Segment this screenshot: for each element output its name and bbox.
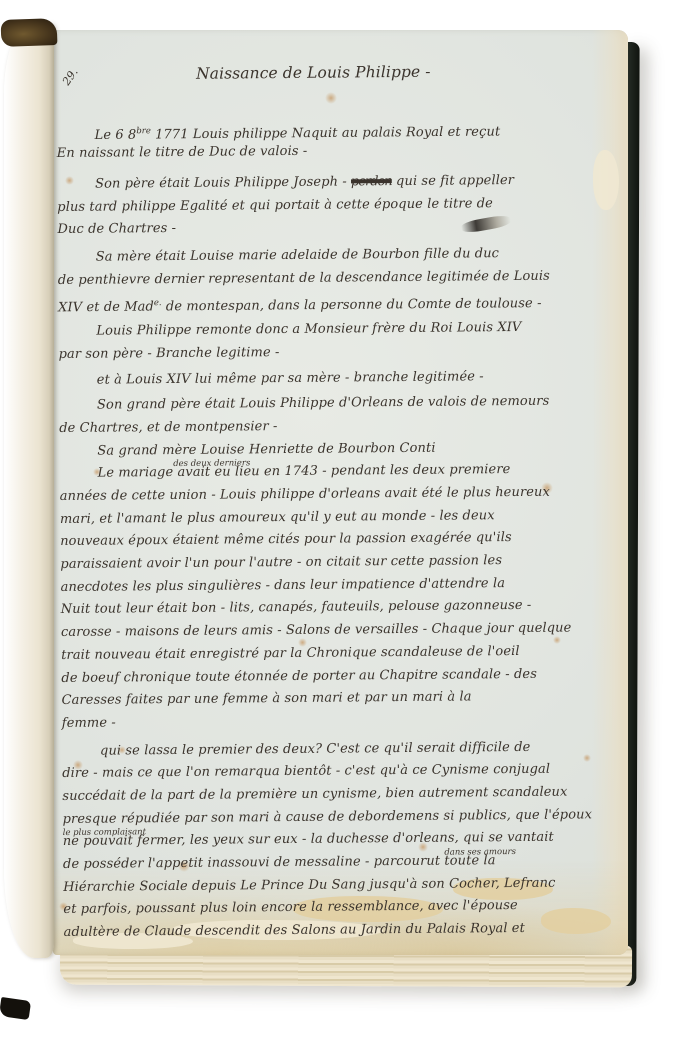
manuscript-title: Naissance de Louis Philippe -: [196, 59, 622, 85]
manuscript-photo: 29. Naissance de Louis Philippe - Le 6 8…: [0, 0, 700, 1044]
manuscript-text: 29. Naissance de Louis Philippe - Le 6 8…: [56, 59, 630, 945]
superscript-text: bre: [136, 126, 151, 136]
manuscript-line: En naissant le titre de Duc de valois -: [57, 138, 623, 166]
manuscript-line: Duc de Chartres -: [57, 215, 623, 243]
superscript-text: e.: [154, 298, 162, 308]
facing-page-edge: [4, 24, 54, 958]
struck-word: perdon: [351, 174, 392, 189]
manuscript-line: et à Louis XIV lui même par sa mère - br…: [59, 365, 625, 393]
page-number: 29.: [57, 63, 86, 91]
book-cover-corner-bottom-left: [0, 997, 31, 1020]
manuscript-line: XIV et de Made. de montespan, dans la pe…: [58, 288, 624, 316]
manuscript-lines: Le 6 8bre 1771 Louis philippe Naquit au …: [56, 116, 629, 945]
worn-spine-fragment: [1, 18, 58, 47]
manuscript-line: par son père - Branche legitime -: [58, 339, 624, 367]
